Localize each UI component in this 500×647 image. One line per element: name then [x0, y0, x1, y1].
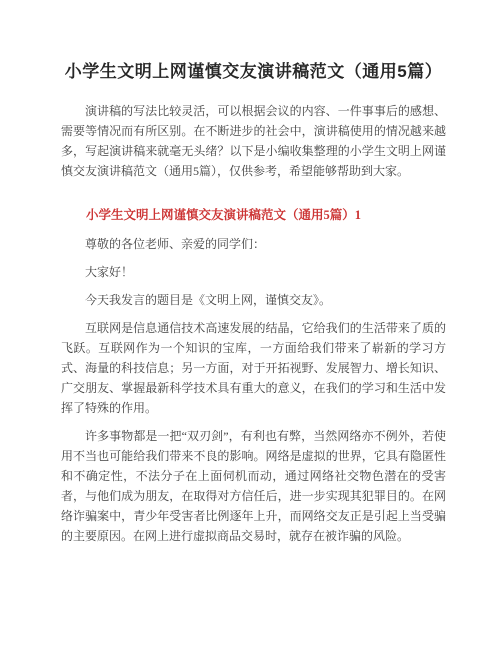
paragraph-topic: 今天我发言的题目是《文明上网，谨慎交友》。	[61, 290, 446, 310]
document-page: 小学生文明上网谨慎交友演讲稿范文（通用5篇） 演讲稿的写法比较灵活，可以根据会议…	[0, 0, 500, 647]
paragraph-internet-benefits: 互联网是信息通信技术高速发展的结晶，它给我们的生活带来了质的飞跃。互联网作为一个…	[61, 318, 446, 418]
paragraph-salutation: 尊敬的各位老师、亲爱的同学们：	[61, 234, 446, 254]
paragraph-greeting: 大家好！	[61, 262, 446, 282]
paragraph-internet-risks: 许多事物都是一把“双刃剑”，有利也有弊，当然网络亦不例外，若使用不当也可能给我们…	[61, 426, 446, 546]
intro-paragraph: 演讲稿的写法比较灵活，可以根据会议的内容、一件事事后的感想、需要等情况而有所区别…	[61, 101, 446, 181]
document-title: 小学生文明上网谨慎交友演讲稿范文（通用5篇）	[61, 59, 446, 85]
section-heading: 小学生文明上网谨慎交友演讲稿范文（通用5篇）1	[61, 205, 446, 225]
